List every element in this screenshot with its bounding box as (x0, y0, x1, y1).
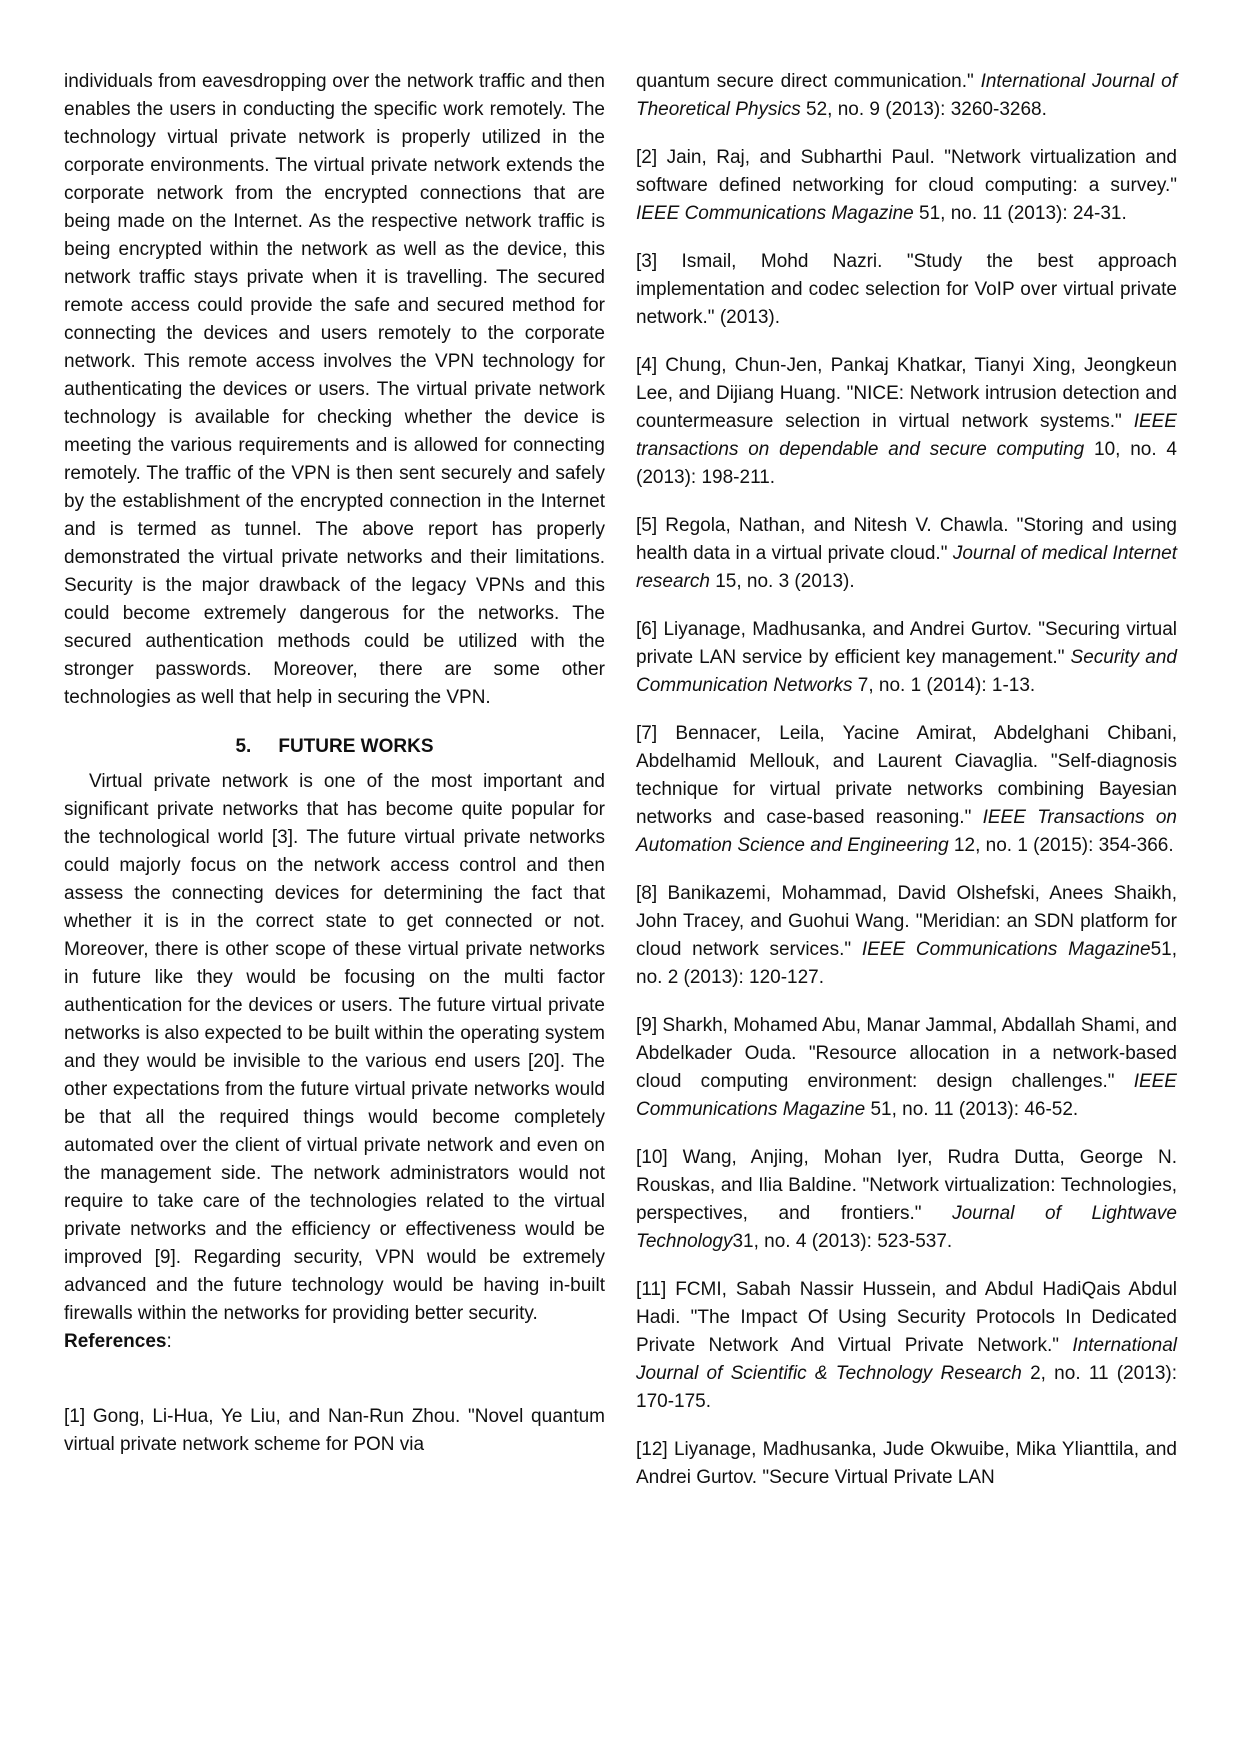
reference-item: [5] Regola, Nathan, and Nitesh V. Chawla… (636, 512, 1177, 596)
right-column: quantum secure direct communication." In… (636, 68, 1177, 1714)
reference-item: [8] Banikazemi, Mohammad, David Olshefsk… (636, 880, 1177, 992)
text-run: Virtual private network is one of the mo… (64, 771, 605, 1324)
text-run: 51, no. 11 (2013): 24-31. (914, 203, 1127, 224)
text-run: [4] Chung, Chun-Jen, Pankaj Khatkar, Tia… (636, 355, 1177, 432)
text-run: [2] Jain, Raj, and Subharthi Paul. "Netw… (636, 147, 1177, 196)
reference-item: quantum secure direct communication." In… (636, 68, 1177, 124)
document-page: individuals from eavesdropping over the … (0, 0, 1241, 1754)
text-run: 15, no. 3 (2013). (710, 571, 855, 592)
text-run: individuals from eavesdropping over the … (64, 71, 605, 708)
text-run: References (64, 1331, 166, 1352)
text-run: 52, no. 9 (2013): 3260-3268. (801, 99, 1047, 120)
text-run: : (166, 1331, 171, 1352)
left-column: individuals from eavesdropping over the … (64, 68, 605, 1714)
reference-item: [2] Jain, Raj, and Subharthi Paul. "Netw… (636, 144, 1177, 228)
paragraph-spacer (64, 1356, 605, 1403)
text-run: [3] Ismail, Mohd Nazri. "Study the best … (636, 251, 1177, 328)
journal-name-text: IEEE Communications Magazine (636, 203, 914, 224)
reference-item: [6] Liyanage, Madhusanka, and Andrei Gur… (636, 616, 1177, 700)
text-run: [12] Liyanage, Madhusanka, Jude Okwuibe,… (636, 1439, 1177, 1488)
reference-item: [10] Wang, Anjing, Mohan Iyer, Rudra Dut… (636, 1144, 1177, 1256)
reference-item: [11] FCMI, Sabah Nassir Hussein, and Abd… (636, 1276, 1177, 1416)
text-run: [1] Gong, Li-Hua, Ye Liu, and Nan-Run Zh… (64, 1406, 605, 1455)
section-heading: 5.FUTURE WORKS (64, 733, 605, 761)
section-number: 5. (235, 736, 251, 757)
text-run: 12, no. 1 (2015): 354-366. (949, 835, 1174, 856)
text-run: 51, no. 11 (2013): 46-52. (865, 1099, 1078, 1120)
reference-item: [12] Liyanage, Madhusanka, Jude Okwuibe,… (636, 1436, 1177, 1492)
paragraph: Virtual private network is one of the mo… (64, 768, 605, 1328)
reference-item: [7] Bennacer, Leila, Yacine Amirat, Abde… (636, 720, 1177, 860)
text-run: 7, no. 1 (2014): 1-13. (852, 675, 1035, 696)
text-run: [9] Sharkh, Mohamed Abu, Manar Jammal, A… (636, 1015, 1177, 1092)
text-run: 31, no. 4 (2013): 523-537. (732, 1231, 952, 1252)
references-label: References: (64, 1328, 605, 1356)
reference-item: [9] Sharkh, Mohamed Abu, Manar Jammal, A… (636, 1012, 1177, 1124)
reference-item: [4] Chung, Chun-Jen, Pankaj Khatkar, Tia… (636, 352, 1177, 492)
journal-name-text: IEEE Communications Magazine (862, 939, 1151, 960)
section-title: FUTURE WORKS (278, 736, 433, 757)
reference-item: [1] Gong, Li-Hua, Ye Liu, and Nan-Run Zh… (64, 1403, 605, 1459)
paragraph: individuals from eavesdropping over the … (64, 68, 605, 712)
reference-item: [3] Ismail, Mohd Nazri. "Study the best … (636, 248, 1177, 332)
text-run: quantum secure direct communication." (636, 71, 981, 92)
